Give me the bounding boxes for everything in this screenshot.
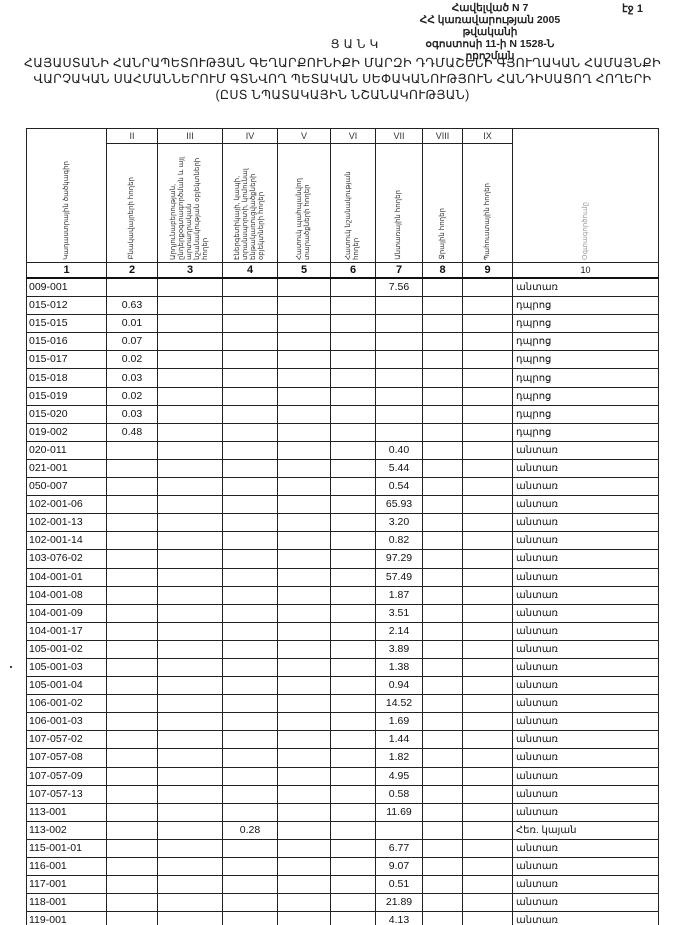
land-use-cell: Հեռ. կայան [513,821,659,839]
special-land-cell [331,568,376,586]
forest-land-cell: 3.89 [376,640,423,658]
cadastral-code-cell: 102-001-13 [27,514,107,532]
table-row: 102-001-133.20անտառ [27,514,659,532]
land-use-cell: դպրոց [513,333,659,351]
protected-land-cell [278,604,331,622]
water-land-cell [423,821,463,839]
water-land-cell [423,695,463,713]
forest-land-cell [376,351,423,369]
protected-land-cell [278,876,331,894]
forest-land-cell: 9.07 [376,858,423,876]
table-row: 019-0020.48դպրոց [27,423,659,441]
infrastructure-land-cell [223,478,278,496]
table-row: 102-001-140.82անտառ [27,532,659,550]
land-use-cell: անտառ [513,713,659,731]
forest-land-cell: 0.94 [376,677,423,695]
protected-land-cell [278,459,331,477]
column-number: 7 [376,263,423,279]
special-land-cell [331,297,376,315]
forest-land-cell: 21.89 [376,894,423,912]
reserve-land-cell [463,514,513,532]
reserve-land-cell [463,387,513,405]
industrial-land-cell [158,333,223,351]
water-land-cell [423,731,463,749]
settlement-land-cell [107,894,158,912]
cadastral-code-cell: 015-016 [27,333,107,351]
water-land-cell [423,441,463,459]
water-land-cell [423,677,463,695]
table-row: 015-0120.63դպրոց [27,297,659,315]
settlement-land-cell [107,496,158,514]
infrastructure-land-cell [223,695,278,713]
forest-land-cell: 4.13 [376,912,423,925]
title-line: ՎԱՐՉԱԿԱՆ ՍԱՀՄԱՆՆԵՐՈՒՄ ԳՏՆՎՈՂ ՊԵՏԱԿԱՆ ՍԵՓ… [20,71,665,87]
infrastructure-land-cell [223,405,278,423]
special-land-cell [331,894,376,912]
special-land-cell [331,731,376,749]
forest-land-cell: 3.20 [376,514,423,532]
protected-land-cell [278,640,331,658]
land-use-cell: անտառ [513,767,659,785]
land-use-cell: դպրոց [513,387,659,405]
table-row: 015-0160.07դպրոց [27,333,659,351]
industrial-land-cell [158,568,223,586]
reserve-land-cell [463,767,513,785]
protected-land-cell [278,839,331,857]
table-row: 015-0180.03դպրոց [27,369,659,387]
industrial-land-cell [158,278,223,297]
protected-land-cell [278,622,331,640]
cadastral-code-cell: 106-001-02 [27,695,107,713]
industrial-land-cell [158,785,223,803]
water-land-cell [423,315,463,333]
water-land-cell [423,387,463,405]
special-land-cell [331,586,376,604]
water-land-cell [423,550,463,568]
reserve-land-cell [463,351,513,369]
table-row: 104-001-093.51անտառ [27,604,659,622]
settlement-land-cell [107,821,158,839]
forest-land-cell: 1.38 [376,658,423,676]
infrastructure-land-cell [223,297,278,315]
protected-land-cell [278,550,331,568]
column-header-10: Օգտագործումը [513,129,659,263]
land-use-cell: անտառ [513,894,659,912]
industrial-land-cell [158,749,223,767]
roman-numeral: VII [376,129,423,144]
industrial-land-cell [158,858,223,876]
special-land-cell [331,876,376,894]
reserve-land-cell [463,658,513,676]
land-use-cell: անտառ [513,640,659,658]
cadastral-code-cell: 104-001-09 [27,604,107,622]
water-land-cell [423,532,463,550]
water-land-cell [423,333,463,351]
forest-land-cell: 97.29 [376,550,423,568]
protected-land-cell [278,858,331,876]
reserve-land-cell [463,297,513,315]
roman-numeral: IX [463,129,513,144]
column-header-1: Կադաստրային ծածկագիր [27,129,107,263]
industrial-land-cell [158,713,223,731]
reserve-land-cell [463,441,513,459]
protected-land-cell [278,333,331,351]
water-land-cell [423,405,463,423]
water-land-cell [423,496,463,514]
industrial-land-cell [158,731,223,749]
cadastral-code-cell: 117-001 [27,876,107,894]
cadastral-code-cell: 106-001-03 [27,713,107,731]
land-use-cell: անտառ [513,586,659,604]
appendix-line: ՀՀ կառավարության 2005 թվականի [400,14,580,38]
cadastral-code-cell: 105-001-03 [27,658,107,676]
table-row: 106-001-031.69անտառ [27,713,659,731]
forest-land-cell [376,297,423,315]
land-use-cell: անտառ [513,803,659,821]
cadastral-code-cell: 118-001 [27,894,107,912]
cadastral-code-cell: 104-001-08 [27,586,107,604]
reserve-land-cell [463,333,513,351]
settlement-land-cell [107,767,158,785]
protected-land-cell [278,568,331,586]
settlement-land-cell: 0.02 [107,351,158,369]
infrastructure-land-cell [223,369,278,387]
forest-land-cell: 11.69 [376,803,423,821]
settlement-land-cell [107,604,158,622]
cadastral-code-cell: 102-001-06 [27,496,107,514]
protected-land-cell [278,532,331,550]
table-row: 020-0110.40անտառ [27,441,659,459]
reserve-land-cell [463,622,513,640]
industrial-land-cell [158,297,223,315]
special-land-cell [331,695,376,713]
land-table: Կադաստրային ծածկագիր II III IV V VI VII … [26,128,659,925]
water-land-cell [423,749,463,767]
land-use-cell: անտառ [513,496,659,514]
infrastructure-land-cell [223,713,278,731]
protected-land-cell [278,351,331,369]
column-number-row: 1 2 3 4 5 6 7 8 9 10 [27,263,659,279]
settlement-land-cell [107,568,158,586]
title-line: (ԸՍՏ ՆՊԱՏԱԿԱՅԻՆ ՆՇԱՆԱԿՈՒԹՅԱՆ) [20,87,665,103]
infrastructure-land-cell [223,767,278,785]
land-use-cell: դպրոց [513,351,659,369]
industrial-land-cell [158,532,223,550]
infrastructure-land-cell [223,441,278,459]
industrial-land-cell [158,604,223,622]
industrial-land-cell [158,459,223,477]
settlement-land-cell: 0.01 [107,315,158,333]
settlement-land-cell [107,731,158,749]
forest-land-cell [376,387,423,405]
protected-land-cell [278,785,331,803]
reserve-land-cell [463,405,513,423]
forest-land-cell [376,821,423,839]
water-land-cell [423,858,463,876]
settlement-land-cell: 0.02 [107,387,158,405]
forest-land-cell: 65.93 [376,496,423,514]
protected-land-cell [278,478,331,496]
settlement-land-cell [107,658,158,676]
land-use-cell: անտառ [513,478,659,496]
industrial-land-cell [158,894,223,912]
table-row: 105-001-023.89անտառ [27,640,659,658]
industrial-land-cell [158,387,223,405]
cadastral-code-cell: 107-057-09 [27,767,107,785]
settlement-land-cell [107,858,158,876]
cadastral-code-cell: 105-001-02 [27,640,107,658]
settlement-land-cell [107,278,158,297]
reserve-land-cell [463,586,513,604]
reserve-land-cell [463,858,513,876]
protected-land-cell [278,586,331,604]
industrial-land-cell [158,695,223,713]
reserve-land-cell [463,821,513,839]
forest-land-cell: 7.56 [376,278,423,297]
special-land-cell [331,459,376,477]
special-land-cell [331,550,376,568]
cadastral-code-cell: 021-001 [27,459,107,477]
special-land-cell [331,441,376,459]
cadastral-code-cell: 116-001 [27,858,107,876]
industrial-land-cell [158,315,223,333]
special-land-cell [331,622,376,640]
protected-land-cell [278,695,331,713]
protected-land-cell [278,713,331,731]
protected-land-cell [278,278,331,297]
land-use-cell: անտառ [513,532,659,550]
settlement-land-cell [107,876,158,894]
cadastral-code-cell: 015-018 [27,369,107,387]
protected-land-cell [278,767,331,785]
table-row: 015-0200.03դպրոց [27,405,659,423]
settlement-land-cell [107,622,158,640]
reserve-land-cell [463,423,513,441]
roman-numeral: V [278,129,331,144]
special-land-cell [331,713,376,731]
settlement-land-cell [107,749,158,767]
table-row: 106-001-0214.52անտառ [27,695,659,713]
infrastructure-land-cell [223,785,278,803]
land-use-cell: դպրոց [513,297,659,315]
cadastral-code-cell: 015-017 [27,351,107,369]
cadastral-code-cell: 119-001 [27,912,107,925]
water-land-cell [423,278,463,297]
table-row: 115-001-016.77անտառ [27,839,659,857]
reserve-land-cell [463,749,513,767]
reserve-land-cell [463,532,513,550]
reserve-land-cell [463,278,513,297]
column-header-3: Արդյունաբերության, ընդերքօգտագործման և ա… [158,144,223,263]
reserve-land-cell [463,315,513,333]
industrial-land-cell [158,876,223,894]
industrial-land-cell [158,351,223,369]
water-land-cell [423,713,463,731]
land-use-cell: անտառ [513,550,659,568]
land-use-cell: դպրոց [513,423,659,441]
industrial-land-cell [158,496,223,514]
forest-land-cell: 1.69 [376,713,423,731]
cadastral-code-cell: 105-001-04 [27,677,107,695]
forest-land-cell: 1.82 [376,749,423,767]
protected-land-cell [278,441,331,459]
land-use-cell: անտառ [513,658,659,676]
cadastral-code-cell: 104-001-17 [27,622,107,640]
roman-numeral: III [158,129,223,144]
protected-land-cell [278,749,331,767]
column-header-8: Ջրային հողեր [423,144,463,263]
special-land-cell [331,658,376,676]
cadastral-code-cell: 107-057-13 [27,785,107,803]
industrial-land-cell [158,839,223,857]
water-land-cell [423,478,463,496]
water-land-cell [423,785,463,803]
cadastral-code-cell: 019-002 [27,423,107,441]
roman-numeral-row: Կադաստրային ծածկագիր II III IV V VI VII … [27,129,659,144]
water-land-cell [423,894,463,912]
cadastral-code-cell: 113-001 [27,803,107,821]
table-row: 104-001-0157.49անտառ [27,568,659,586]
reserve-land-cell [463,568,513,586]
industrial-land-cell [158,622,223,640]
cadastral-code-cell: 015-019 [27,387,107,405]
land-use-cell: անտառ [513,514,659,532]
forest-land-cell: 4.95 [376,767,423,785]
protected-land-cell [278,315,331,333]
special-land-cell [331,369,376,387]
cadastral-code-cell: 015-020 [27,405,107,423]
column-header-9: Պահուստային հողեր [463,144,513,263]
special-land-cell [331,767,376,785]
settlement-land-cell [107,640,158,658]
infrastructure-land-cell [223,677,278,695]
cadastral-code-cell: 113-002 [27,821,107,839]
forest-land-cell: 0.40 [376,441,423,459]
infrastructure-land-cell [223,640,278,658]
water-land-cell [423,876,463,894]
reserve-land-cell [463,785,513,803]
water-land-cell [423,604,463,622]
settlement-land-cell [107,550,158,568]
infrastructure-land-cell [223,622,278,640]
industrial-land-cell [158,478,223,496]
industrial-land-cell [158,405,223,423]
special-land-cell [331,858,376,876]
land-use-cell: անտառ [513,731,659,749]
column-number: 4 [223,263,278,279]
settlement-land-cell [107,803,158,821]
water-land-cell [423,586,463,604]
settlement-land-cell: 0.03 [107,405,158,423]
table-row: 107-057-094.95անտառ [27,767,659,785]
table-row: 050-0070.54անտառ [27,478,659,496]
land-use-cell: անտառ [513,839,659,857]
industrial-land-cell [158,658,223,676]
land-use-cell: դպրոց [513,315,659,333]
reserve-land-cell [463,894,513,912]
reserve-land-cell [463,550,513,568]
table-row: 104-001-172.14անտառ [27,622,659,640]
special-land-cell [331,821,376,839]
industrial-land-cell [158,912,223,925]
appendix-line: Հավելված N 7 [400,2,580,14]
reserve-land-cell [463,604,513,622]
infrastructure-land-cell [223,894,278,912]
settlement-land-cell: 0.63 [107,297,158,315]
land-use-cell: անտառ [513,622,659,640]
protected-land-cell [278,731,331,749]
infrastructure-land-cell [223,423,278,441]
infrastructure-land-cell [223,749,278,767]
infrastructure-land-cell [223,568,278,586]
protected-land-cell [278,387,331,405]
document-title: ՀԱՅԱՍՏԱՆԻ ՀԱՆՐԱՊԵՏՈՒԹՅԱՆ ԳԵՂԱՐՔՈՒՆԻՔԻ ՄԱ… [20,55,665,103]
table-row: 015-0170.02դպրոց [27,351,659,369]
water-land-cell [423,297,463,315]
protected-land-cell [278,658,331,676]
settlement-land-cell [107,785,158,803]
special-land-cell [331,677,376,695]
protected-land-cell [278,677,331,695]
column-number: 6 [331,263,376,279]
industrial-land-cell [158,423,223,441]
settlement-land-cell: 0.07 [107,333,158,351]
industrial-land-cell [158,586,223,604]
infrastructure-land-cell [223,604,278,622]
industrial-land-cell [158,441,223,459]
land-use-cell: անտառ [513,278,659,297]
column-header-2: Բնակավայրերի հողեր [107,144,158,263]
infrastructure-land-cell: 0.28 [223,821,278,839]
protected-land-cell [278,514,331,532]
settlement-land-cell: 0.48 [107,423,158,441]
roman-numeral: II [107,129,158,144]
land-use-cell: անտառ [513,695,659,713]
water-land-cell [423,369,463,387]
appendix-reference: Հավելված N 7 ՀՀ կառավարության 2005 թվակա… [400,2,580,62]
infrastructure-land-cell [223,351,278,369]
forest-land-cell: 2.14 [376,622,423,640]
land-use-cell: անտառ [513,858,659,876]
cadastral-code-cell: 020-011 [27,441,107,459]
infrastructure-land-cell [223,496,278,514]
forest-land-cell [376,369,423,387]
infrastructure-land-cell [223,514,278,532]
industrial-land-cell [158,640,223,658]
industrial-land-cell [158,803,223,821]
forest-land-cell: 14.52 [376,695,423,713]
table-row: 105-001-031.38անտառ [27,658,659,676]
forest-land-cell: 6.77 [376,839,423,857]
industrial-land-cell [158,821,223,839]
table-row: 107-057-130.58անտառ [27,785,659,803]
special-land-cell [331,785,376,803]
water-land-cell [423,351,463,369]
table-row: 104-001-081.87անտառ [27,586,659,604]
column-header-4: Էներգետիկայի, կապի, տրանսպորտի, կոմունալ… [223,144,278,263]
land-use-cell: անտառ [513,749,659,767]
infrastructure-land-cell [223,387,278,405]
reserve-land-cell [463,640,513,658]
table-row: 119-0014.13անտառ [27,912,659,925]
forest-land-cell [376,405,423,423]
special-land-cell [331,478,376,496]
reserve-land-cell [463,839,513,857]
reserve-land-cell [463,803,513,821]
column-header-6: Հատուկ նշանակության հողեր [331,144,376,263]
special-land-cell [331,514,376,532]
infrastructure-land-cell [223,550,278,568]
